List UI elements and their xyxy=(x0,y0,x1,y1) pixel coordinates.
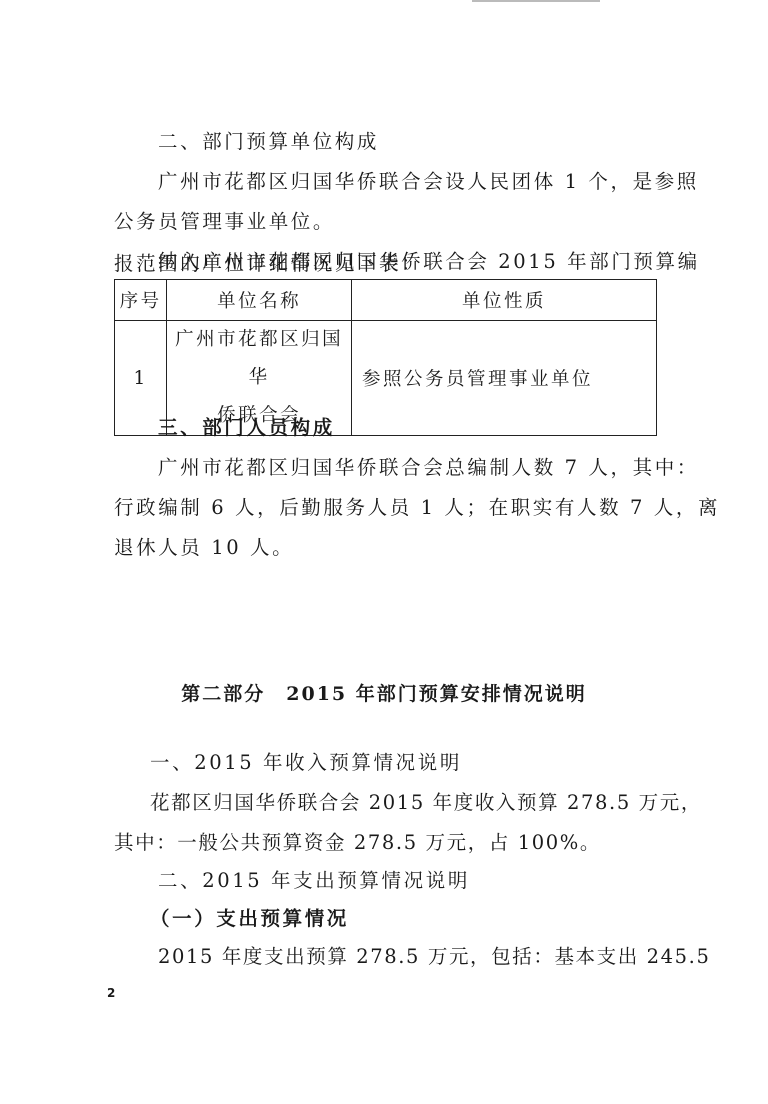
part-two-title: 第二部分 2015 年部门预算安排情况说明 xyxy=(0,679,768,706)
paragraph-line: 公务员管理事业单位。 xyxy=(114,210,335,234)
paragraph-line: 花都区归国华侨联合会 2015 年度收入预算 278.5 万元， xyxy=(150,791,702,815)
expense-heading: 二、2015 年支出预算情况说明 xyxy=(158,869,470,893)
header-unit-nature: 单位性质 xyxy=(352,280,657,321)
paragraph-line: 报范围的单位详细情况见下表： xyxy=(114,252,423,276)
section-heading-staff-composition: 三、部门人员构成 xyxy=(158,416,335,440)
income-heading: 一、2015 年收入预算情况说明 xyxy=(150,751,462,775)
table-header-row: 序号 单位名称 单位性质 xyxy=(115,280,657,321)
paragraph-line: 其中：一般公共预算资金 278.5 万元，占 100%。 xyxy=(114,831,601,855)
paragraph-line: 行政编制 6 人，后勤服务人员 1 人；在职实有人数 7 人，离 xyxy=(114,496,720,520)
unit-name-line1: 广州市花都区归国华 xyxy=(167,321,351,397)
paragraph-line: 广州市花都区归国华侨联合会设人民团体 1 个，是参照 xyxy=(158,170,699,194)
unit-table: 序号 单位名称 单位性质 1 广州市花都区归国华 侨联合会 参照公务员管理事业单… xyxy=(114,279,657,436)
cell-unit-nature: 参照公务员管理事业单位 xyxy=(352,321,657,436)
section-heading-unit-composition: 二、部门预算单位构成 xyxy=(158,130,379,154)
header-unit-name: 单位名称 xyxy=(167,280,352,321)
page-number: 2 xyxy=(107,986,115,1000)
header-index: 序号 xyxy=(115,280,167,321)
scan-edge-mark xyxy=(472,0,600,2)
expense-sub-heading: （一）支出预算情况 xyxy=(150,907,349,931)
paragraph-line: 广州市花都区归国华侨联合会总编制人数 7 人，其中： xyxy=(158,456,699,480)
paragraph-line: 2015 年度支出预算 278.5 万元，包括：基本支出 245.5 xyxy=(158,945,710,969)
paragraph-line: 退休人员 10 人。 xyxy=(114,536,294,560)
